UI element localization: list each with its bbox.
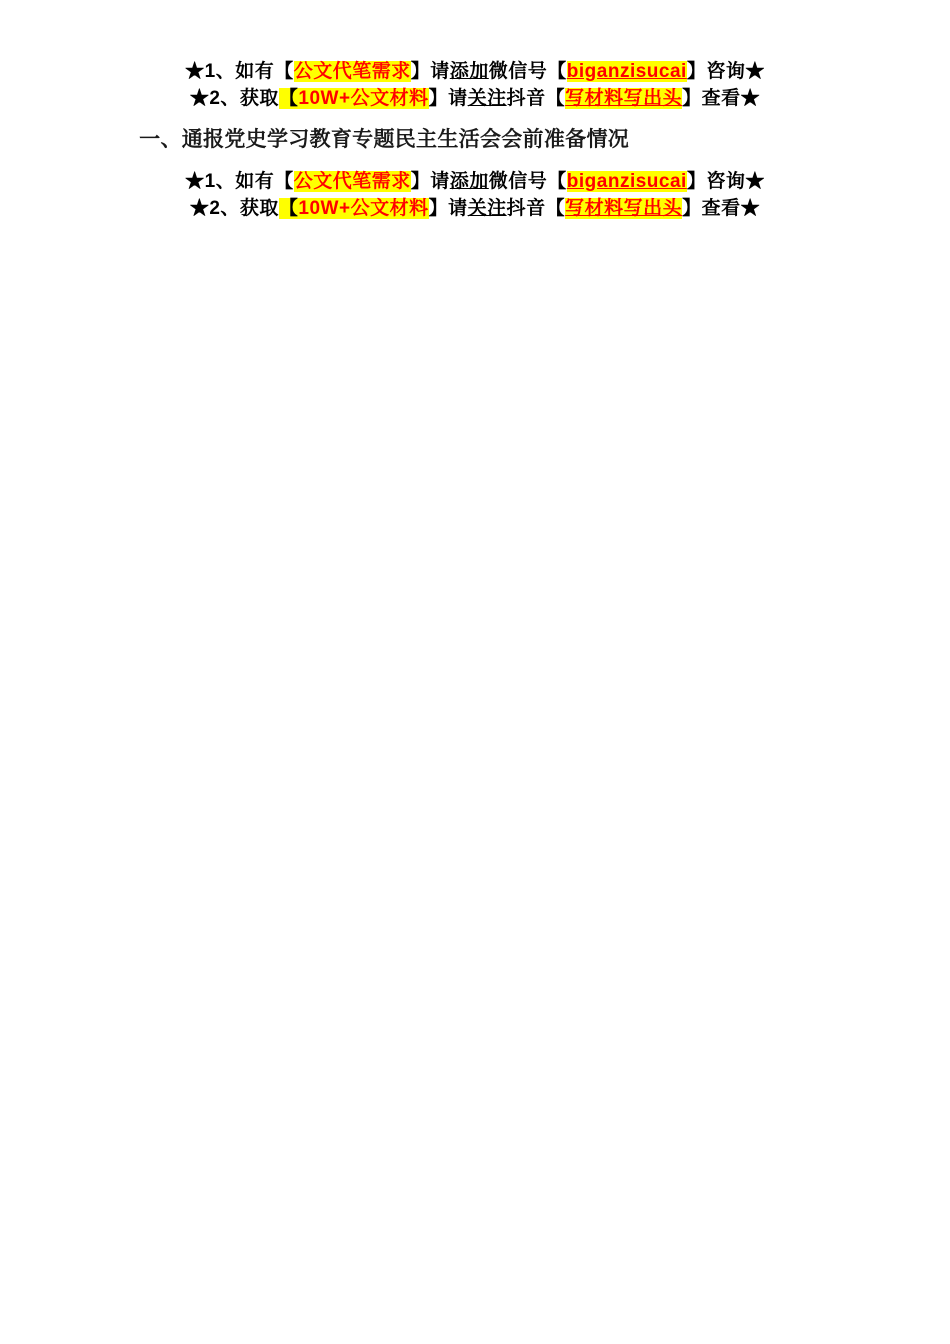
banner-segment: 【 (279, 198, 299, 219)
banner-segment: ★2、获取 (190, 198, 279, 219)
banner-segment: ★1、如有【 (185, 171, 294, 192)
promo-banner-top: ★1、如有【公文代笔需求】请添加微信号【biganzisucai】咨询★★2、获… (0, 0, 950, 112)
document-body: 一、通报党史学习教育专题民主生活会会前准备情况 (94, 128, 856, 152)
banner-segment: 关注 (468, 88, 507, 109)
banner-segment: 】请 (411, 171, 450, 192)
document-page: ★1、如有【公文代笔需求】请添加微信号【biganzisucai】咨询★★2、获… (0, 0, 950, 1344)
banner-segment: 关注 (468, 198, 507, 219)
banner-segment: 添加 (450, 171, 489, 192)
banner-segment: ★2、获取 (190, 88, 279, 109)
banner-segment: 公文代笔需求 (294, 61, 411, 82)
banner-segment: 添加 (450, 61, 489, 82)
banner-segment: 公文代笔需求 (294, 171, 411, 192)
banner-segment: 】请 (411, 61, 450, 82)
banner-segment: 】请 (429, 198, 468, 219)
banner-segment: 微信号【 (489, 171, 567, 192)
banner-segment: biganzisucai (567, 171, 687, 192)
banner-segment: 】查看★ (682, 88, 760, 109)
banner-segment: 抖音【 (507, 88, 566, 109)
banner-segment: 】咨询★ (687, 171, 765, 192)
banner-segment: 写材料写出头 (565, 198, 682, 219)
banner-segment: 10W+公文材料 (298, 198, 428, 219)
banner-segment: 】请 (429, 88, 468, 109)
banner-line: ★2、获取【10W+公文材料】请关注抖音【写材料写出头】查看★ (0, 85, 950, 112)
banner-segment: 】咨询★ (687, 61, 765, 82)
section-heading: 一、通报党史学习教育专题民主生活会会前准备情况 (94, 128, 856, 152)
banner-segment: 写材料写出头 (565, 88, 682, 109)
banner-segment: 【 (279, 88, 299, 109)
banner-line: ★1、如有【公文代笔需求】请添加微信号【biganzisucai】咨询★ (0, 58, 950, 85)
banner-segment: 10W+公文材料 (298, 88, 428, 109)
banner-segment: biganzisucai (567, 61, 687, 82)
banner-segment: 】查看★ (682, 198, 760, 219)
banner-line: ★2、获取【10W+公文材料】请关注抖音【写材料写出头】查看★ (0, 195, 950, 222)
banner-segment: ★1、如有【 (185, 61, 294, 82)
banner-segment: 抖音【 (507, 198, 566, 219)
banner-segment: 微信号【 (489, 61, 567, 82)
promo-banner-bottom: ★1、如有【公文代笔需求】请添加微信号【biganzisucai】咨询★★2、获… (0, 168, 950, 222)
banner-line: ★1、如有【公文代笔需求】请添加微信号【biganzisucai】咨询★ (0, 168, 950, 195)
